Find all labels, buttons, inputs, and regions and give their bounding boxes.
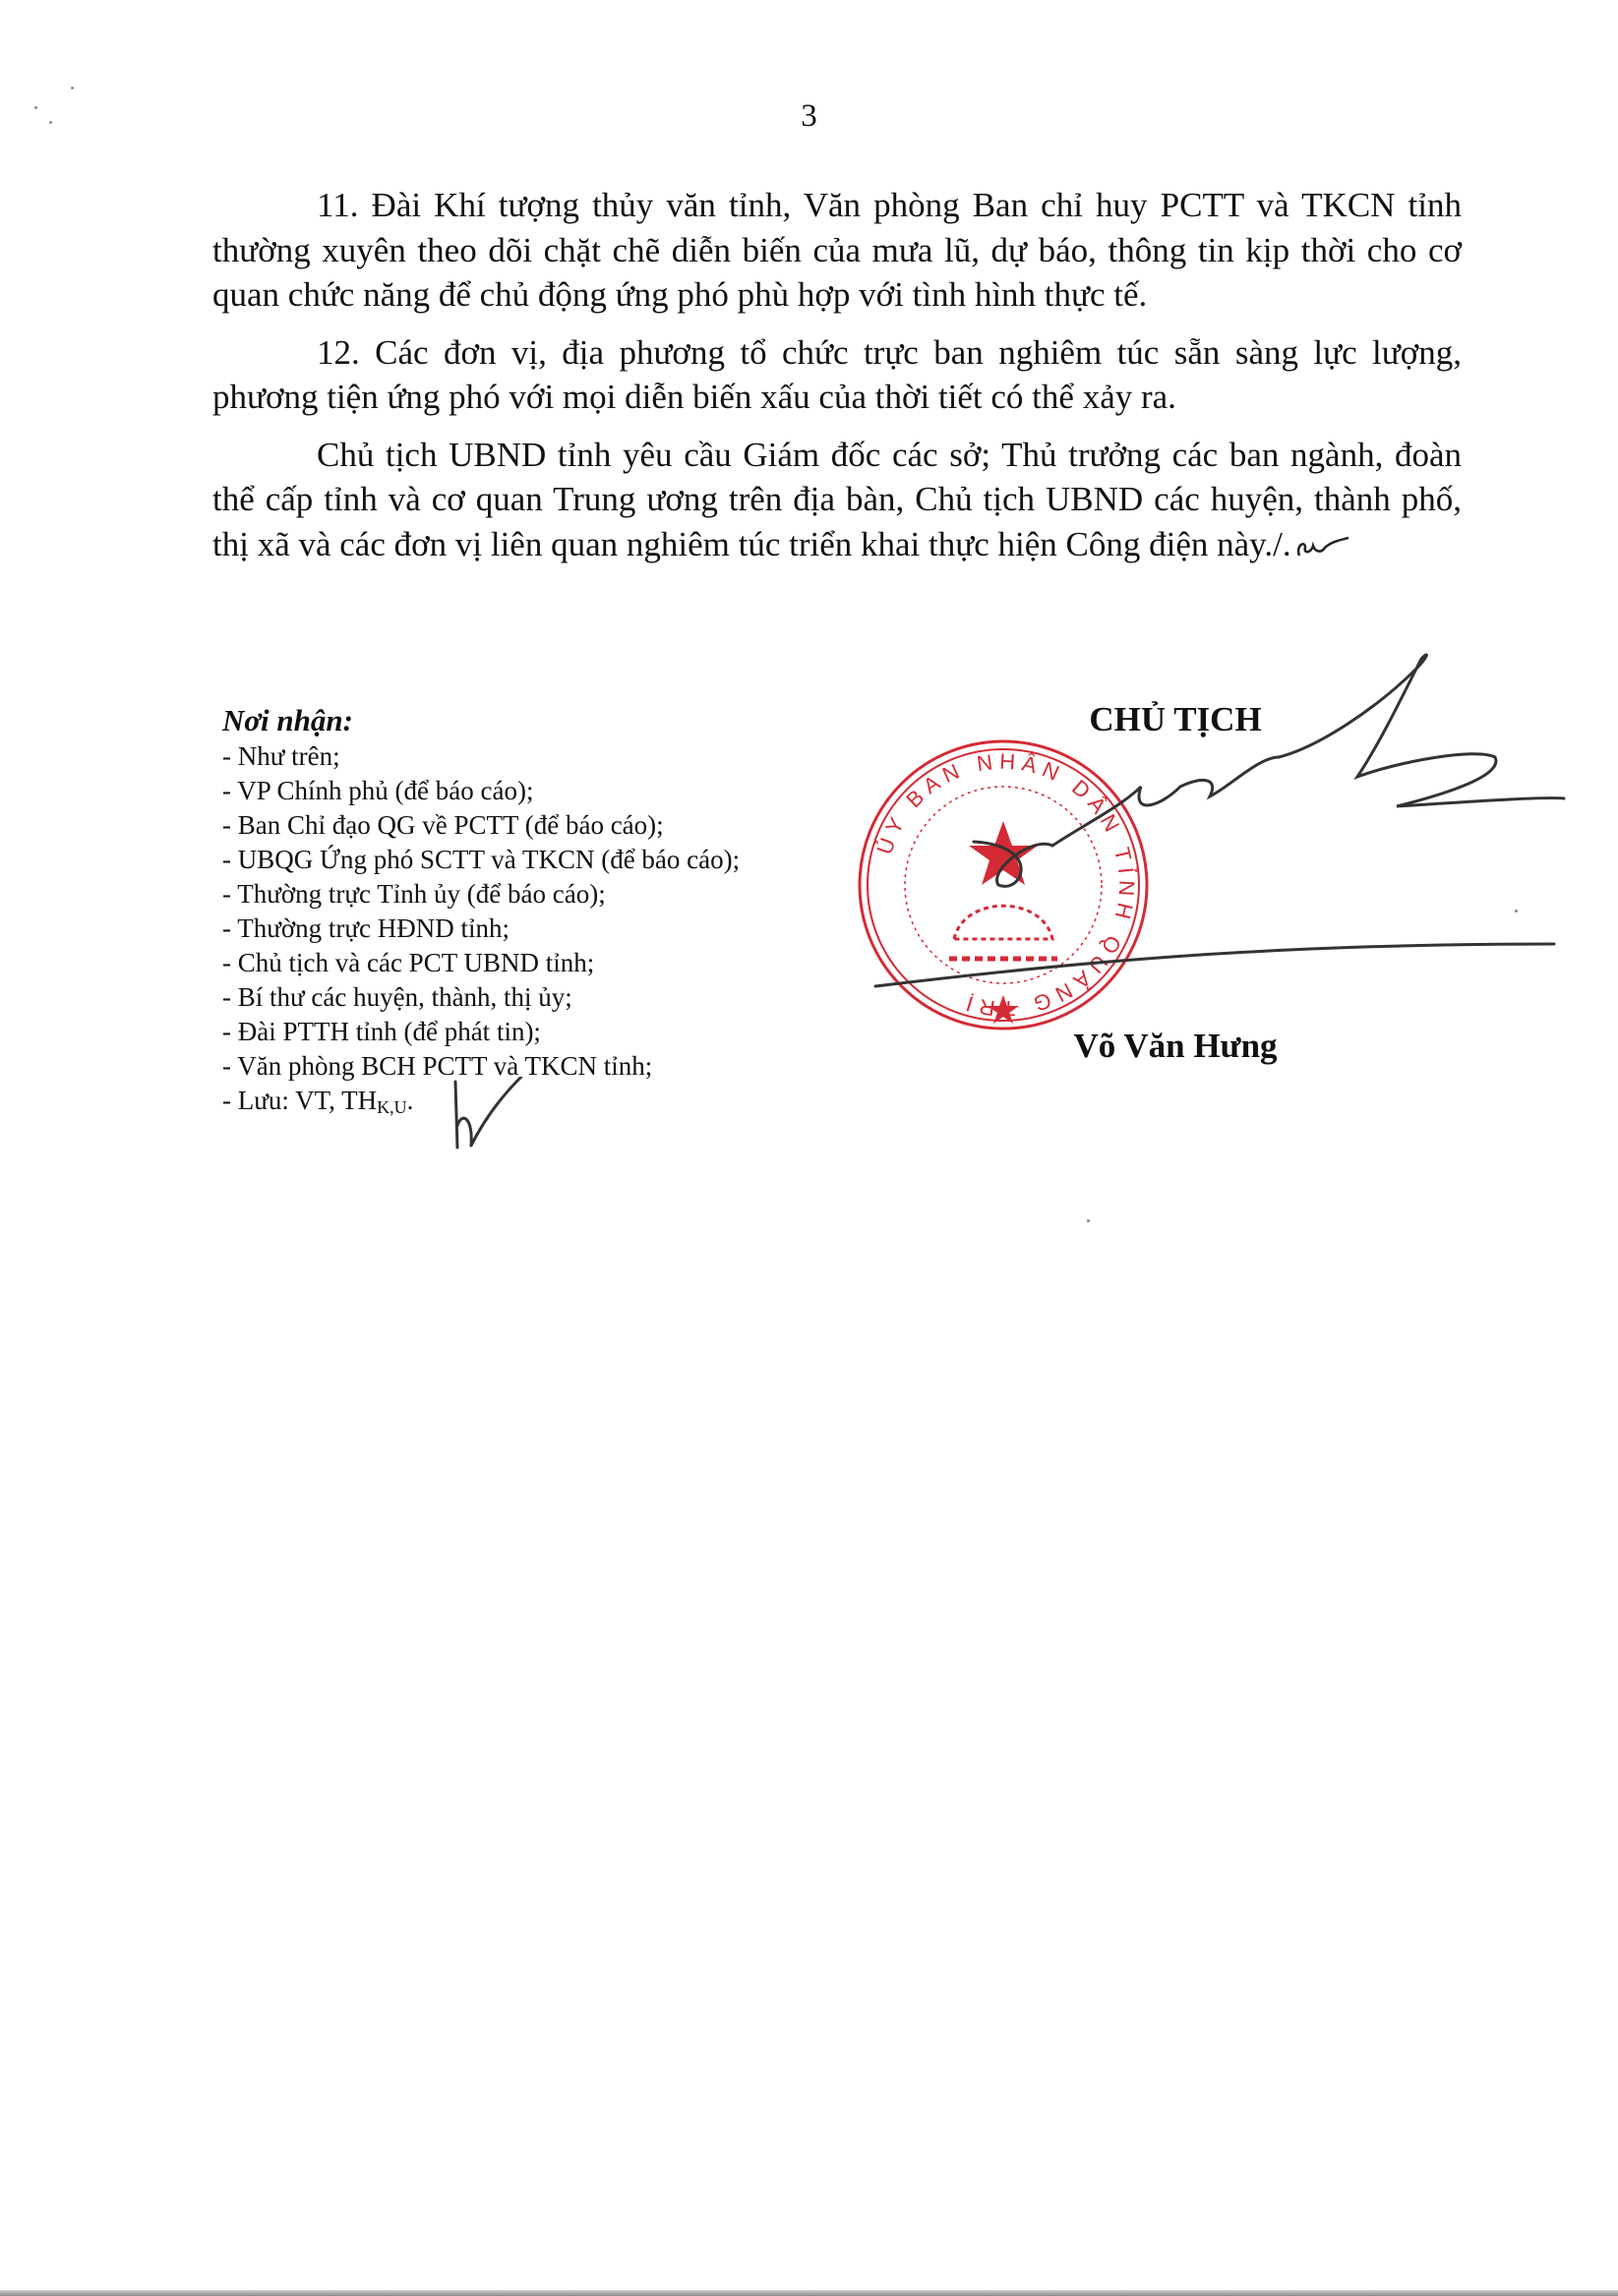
- list-item: - Chủ tịch và các PCT UBND tỉnh;: [222, 946, 740, 980]
- list-item: - UBQG Ứng phó SCTT và TKCN (để báo cáo)…: [222, 843, 740, 877]
- scan-speck: [1087, 1219, 1090, 1222]
- handwritten-signature-icon: [866, 649, 1574, 1023]
- paragraph-text: 11. Đài Khí tượng thủy văn tỉnh, Văn phò…: [212, 186, 1462, 314]
- closing-paragraph: Chủ tịch UBND tỉnh yêu cầu Giám đốc các …: [212, 433, 1462, 567]
- recipients-list: - Như trên; - VP Chính phủ (để báo cáo);…: [222, 739, 740, 1125]
- archive-prefix: - Lưu: VT, TH: [222, 1086, 377, 1115]
- list-item: - Thường trực HĐND tỉnh;: [222, 912, 740, 946]
- archive-suffix: .: [407, 1086, 414, 1115]
- paragraph-text: 12. Các đơn vị, địa phương tổ chức trực …: [212, 333, 1462, 417]
- list-item: - Ban Chỉ đạo QG về PCTT (để báo cáo);: [222, 808, 740, 843]
- list-item: - Bí thư các huyện, thành, thị ủy;: [222, 980, 740, 1015]
- handwritten-initials-icon: [448, 1077, 526, 1150]
- paragraph-item-11: 11. Đài Khí tượng thủy văn tỉnh, Văn phò…: [212, 183, 1462, 318]
- scan-speck: [71, 87, 74, 89]
- list-item: - Như trên;: [222, 739, 740, 774]
- paragraph-item-12: 12. Các đơn vị, địa phương tổ chức trực …: [212, 330, 1462, 420]
- scan-speck: [1515, 910, 1518, 913]
- list-item: - Đài PTTH tỉnh (để phát tin);: [222, 1015, 740, 1049]
- recipients-heading: Nơi nhận:: [222, 702, 740, 739]
- initial-flourish-icon: [1291, 532, 1350, 561]
- scan-speck: [34, 106, 37, 109]
- paragraph-text: Chủ tịch UBND tỉnh yêu cầu Giám đốc các …: [212, 436, 1462, 563]
- recipients-block: Nơi nhận: - Như trên; - VP Chính phủ (để…: [222, 702, 740, 1125]
- page-number: 3: [0, 98, 1618, 135]
- document-body: 11. Đài Khí tượng thủy văn tỉnh, Văn phò…: [212, 183, 1462, 579]
- archive-subscript: K,U: [377, 1097, 407, 1117]
- signer-name: Võ Văn Hưng: [984, 1027, 1367, 1066]
- scan-edge: [0, 2290, 1618, 2296]
- list-item: - Thường trực Tỉnh ủy (để báo cáo);: [222, 877, 740, 912]
- list-item: - VP Chính phủ (để báo cáo);: [222, 774, 740, 808]
- scan-speck: [49, 121, 52, 124]
